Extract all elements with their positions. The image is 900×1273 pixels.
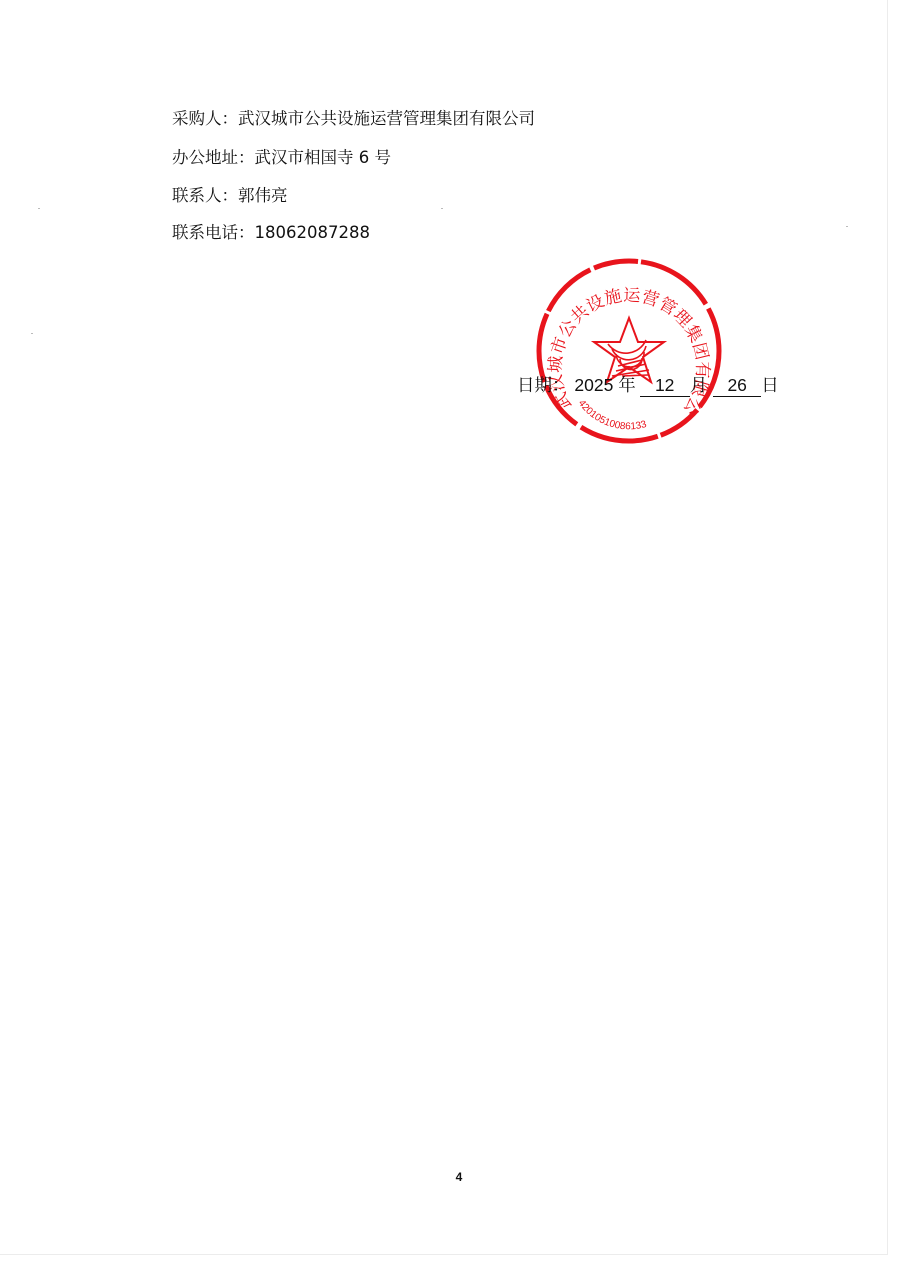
date-day: 26 xyxy=(713,375,761,397)
address-label: 办公地址： xyxy=(172,148,255,167)
address-line: 办公地址：武汉市相国寺 6 号 xyxy=(172,144,391,168)
scan-speck xyxy=(846,226,848,227)
phone-value: 18062087288 xyxy=(255,223,370,242)
date-label: 日期： xyxy=(517,375,570,395)
scan-speck xyxy=(31,333,33,334)
stamp-code: 42010510086133 xyxy=(576,398,649,432)
date-year: 2025 xyxy=(574,375,613,395)
date-day-unit: 日 xyxy=(761,375,779,395)
contact-value: 郭伟亮 xyxy=(238,186,288,205)
date-month: 12 xyxy=(640,375,690,397)
page-number: 4 xyxy=(0,1170,900,1184)
contact-line: 联系人：郭伟亮 xyxy=(172,182,288,206)
scan-speck xyxy=(38,208,40,209)
purchaser-line: 采购人：武汉城市公共设施运营管理集团有限公司 xyxy=(172,105,535,129)
document-page: 采购人：武汉城市公共设施运营管理集团有限公司 办公地址：武汉市相国寺 6 号 联… xyxy=(0,0,888,1255)
phone-line: 联系电话：18062087288 xyxy=(172,219,370,243)
phone-label: 联系电话： xyxy=(172,223,255,242)
date-month-unit: 月 xyxy=(690,375,708,395)
purchaser-label: 采购人： xyxy=(172,109,238,128)
purchaser-value: 武汉城市公共设施运营管理集团有限公司 xyxy=(238,109,535,128)
contact-label: 联系人： xyxy=(172,186,238,205)
official-seal-stamp: 武汉城市公共设施运营管理集团有限公司 42010510086133 xyxy=(534,256,724,446)
date-line: 日期： 2025 年12月26日 xyxy=(517,372,779,397)
scan-speck xyxy=(441,208,443,209)
date-year-unit: 年 xyxy=(618,375,636,395)
address-value: 武汉市相国寺 6 号 xyxy=(255,148,392,167)
